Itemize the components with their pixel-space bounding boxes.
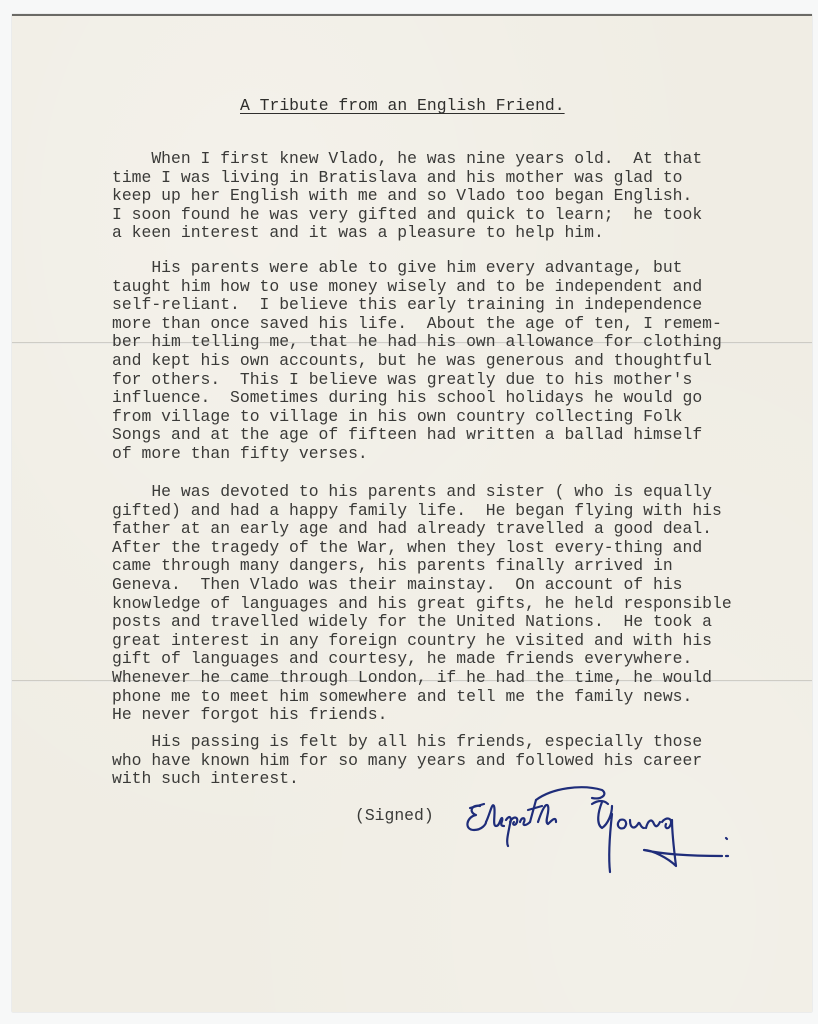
text-line: came through many dangers, his parents f… xyxy=(112,557,732,576)
text-line: He was devoted to his parents and sister… xyxy=(112,483,732,502)
text-line: keep up her English with me and so Vlado… xyxy=(112,187,702,206)
text-line: He never forgot his friends. xyxy=(112,706,732,725)
text-line: self-reliant. I believe this early train… xyxy=(112,296,722,315)
text-line: phone me to meet him somewhere and tell … xyxy=(112,688,732,707)
text-line: for others. This I believe was greatly d… xyxy=(112,371,722,390)
text-line: After the tragedy of the War, when they … xyxy=(112,539,732,558)
text-line: time I was living in Bratislava and his … xyxy=(112,169,702,188)
text-line: from village to village in his own count… xyxy=(112,408,722,427)
paragraph: His parents were able to give him every … xyxy=(112,259,722,464)
handwritten-signature: Elspeth Young xyxy=(452,784,742,884)
text-line: Songs and at the age of fifteen had writ… xyxy=(112,426,722,445)
text-line: more than once saved his life. About the… xyxy=(112,315,722,334)
text-line: Whenever he came through London, if he h… xyxy=(112,669,732,688)
text-line: father at an early age and had already t… xyxy=(112,520,732,539)
text-line: of more than fifty verses. xyxy=(112,445,722,464)
text-line: influence. Sometimes during his school h… xyxy=(112,389,722,408)
text-line: When I first knew Vlado, he was nine yea… xyxy=(112,150,702,169)
letter-page: A Tribute from an English Friend. When I… xyxy=(12,14,812,1012)
text-line: His passing is felt by all his friends, … xyxy=(112,733,702,752)
document-title: A Tribute from an English Friend. xyxy=(240,96,565,115)
text-line: ber him telling me, that he had his own … xyxy=(112,333,722,352)
text-line: taught him how to use money wisely and t… xyxy=(112,278,722,297)
paragraph: His passing is felt by all his friends, … xyxy=(112,733,702,789)
signature-ink-icon xyxy=(452,784,742,884)
text-line: Geneva. Then Vlado was their mainstay. O… xyxy=(112,576,732,595)
text-line: posts and travelled widely for the Unite… xyxy=(112,613,732,632)
text-line: a keen interest and it was a pleasure to… xyxy=(112,224,702,243)
text-line: knowledge of languages and his great gif… xyxy=(112,595,732,614)
paragraph: When I first knew Vlado, he was nine yea… xyxy=(112,150,702,243)
paragraph: He was devoted to his parents and sister… xyxy=(112,483,732,725)
text-line: I soon found he was very gifted and quic… xyxy=(112,206,702,225)
signed-label: (Signed) xyxy=(355,806,434,825)
text-line: great interest in any foreign country he… xyxy=(112,632,732,651)
text-line: and kept his own accounts, but he was ge… xyxy=(112,352,722,371)
text-line: gifted) and had a happy family life. He … xyxy=(112,502,732,521)
text-line: gift of languages and courtesy, he made … xyxy=(112,650,732,669)
text-line: His parents were able to give him every … xyxy=(112,259,722,278)
text-line: who have known him for so many years and… xyxy=(112,752,702,771)
